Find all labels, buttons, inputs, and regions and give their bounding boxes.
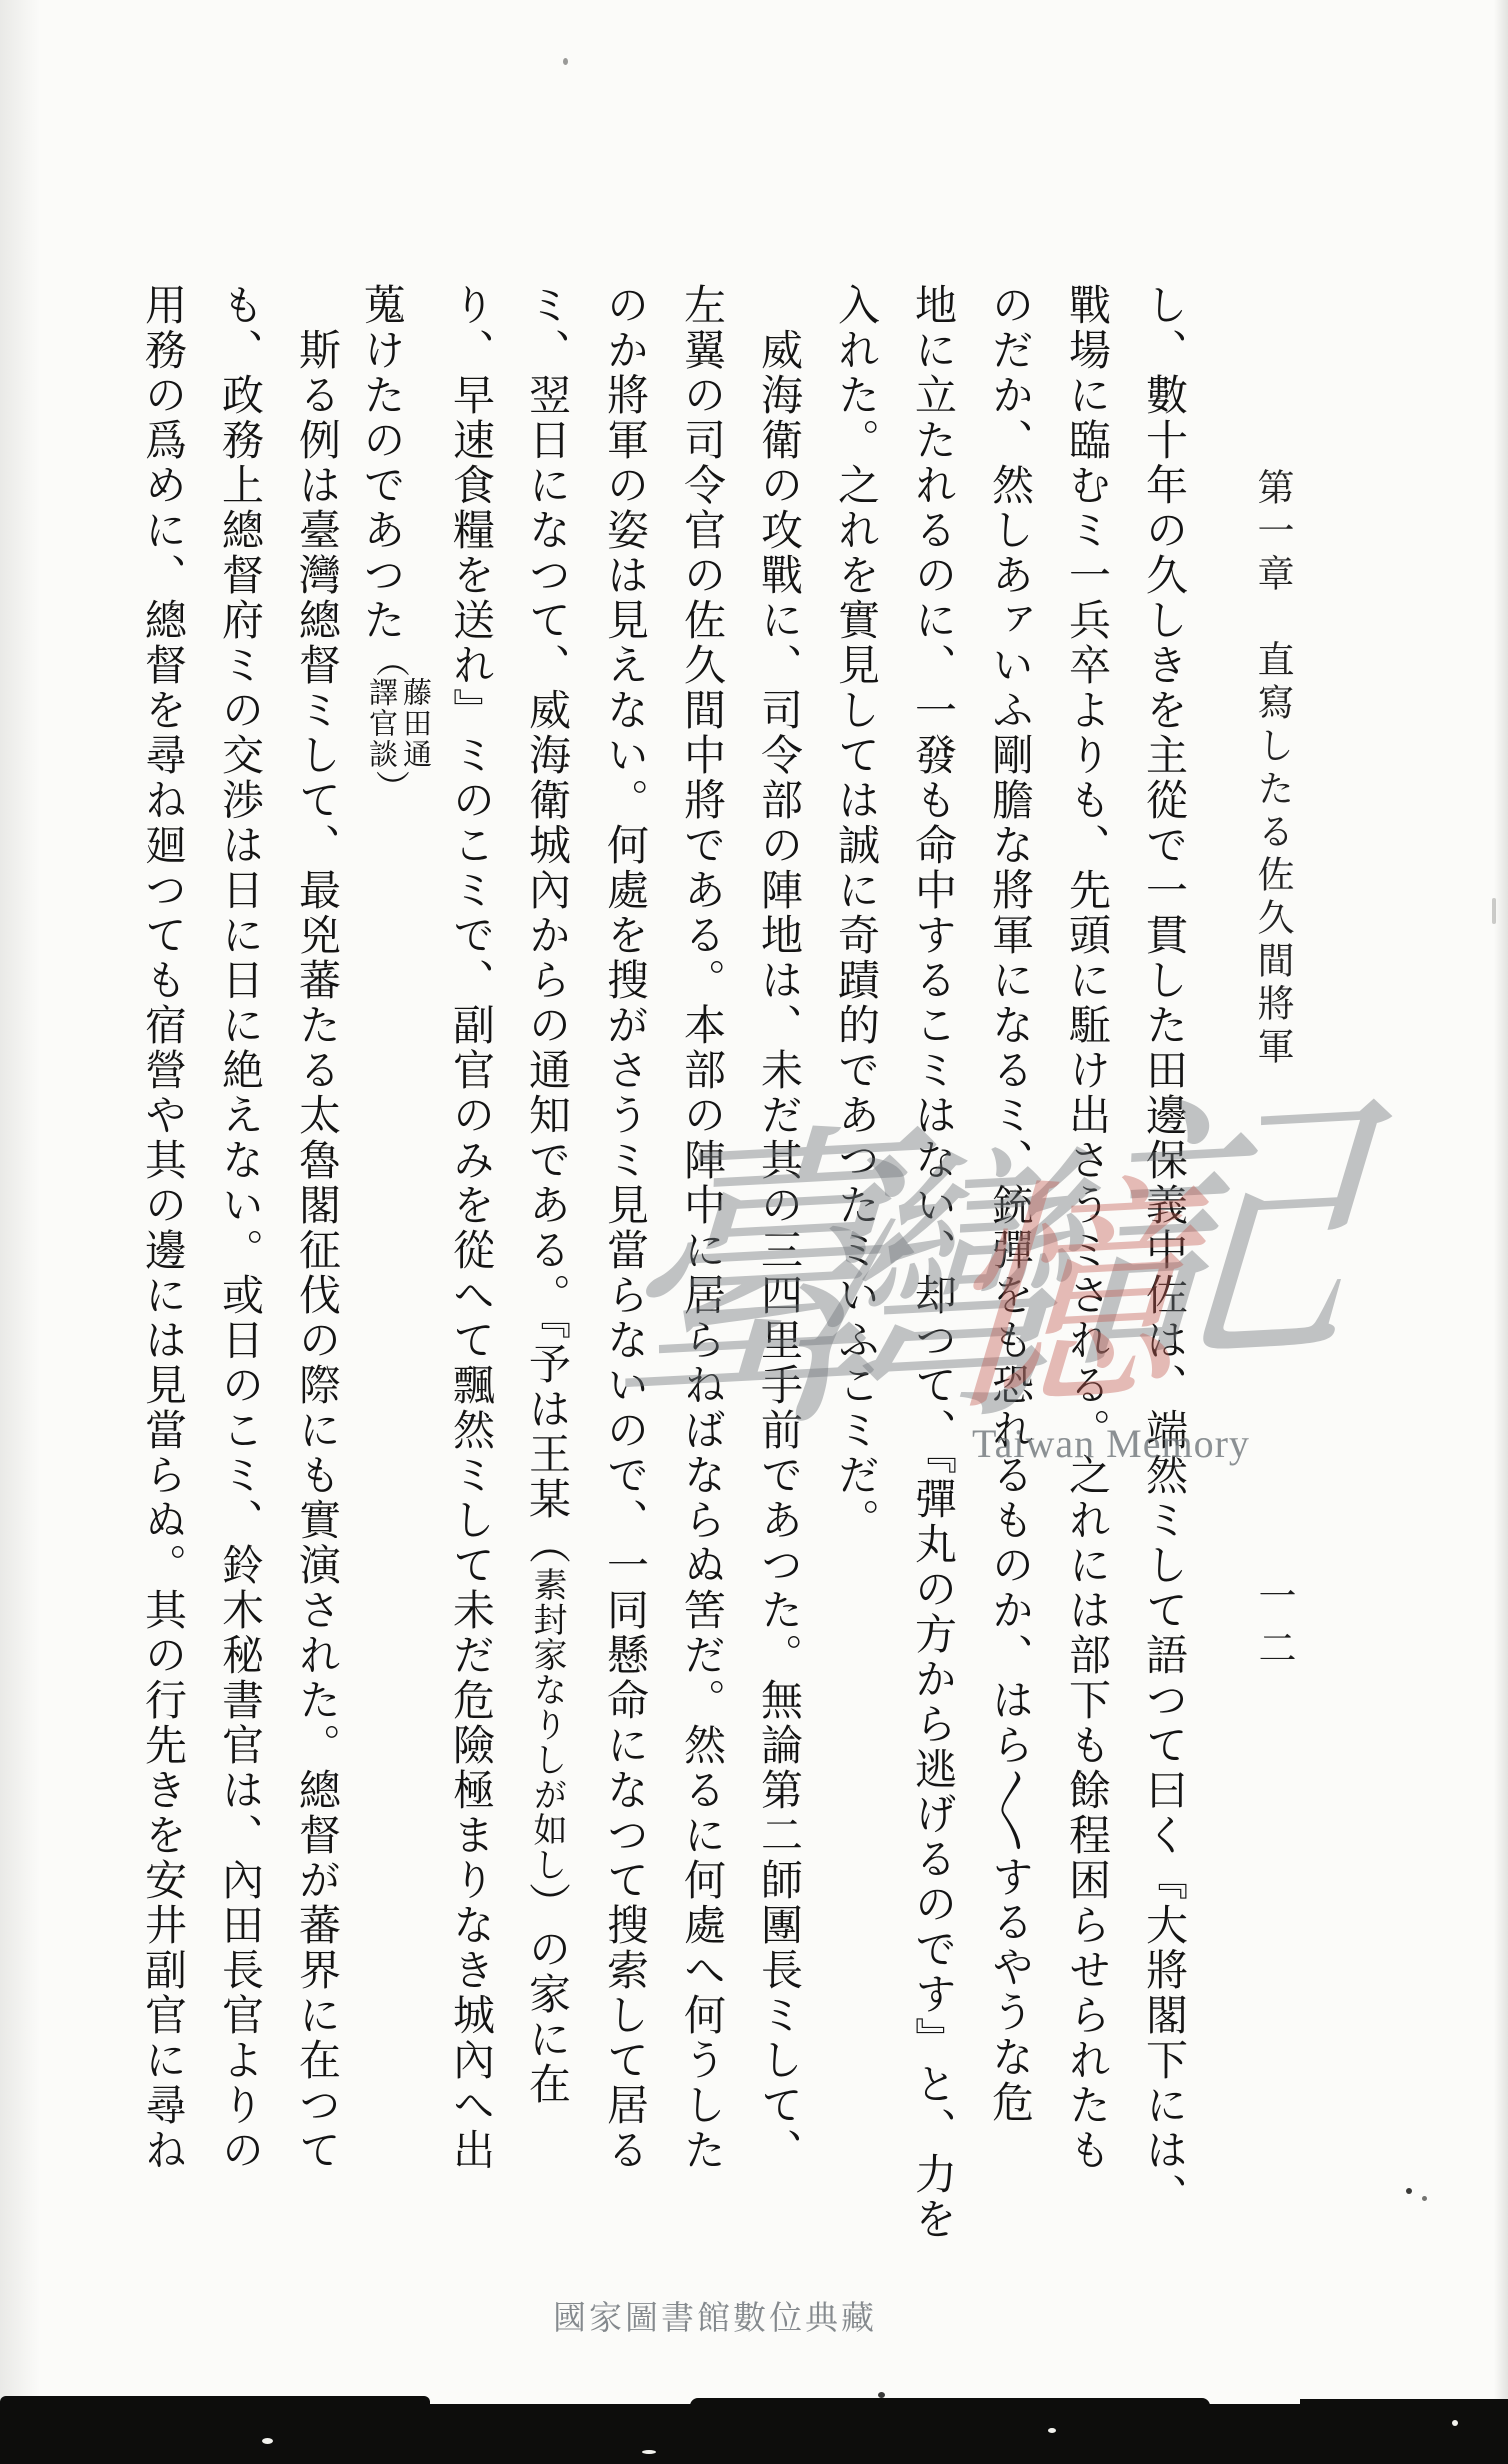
- library-caption: 國家圖書館數位典藏: [553, 2292, 877, 2339]
- text-column: 蒐けたのであつた︵藤田通譯官談︶: [354, 283, 431, 2288]
- scan-edge-bump: [0, 2396, 430, 2408]
- scan-edge-speck: [1048, 2428, 1056, 2433]
- paper-speck: [563, 58, 568, 65]
- paper-speck: [1422, 2196, 1427, 2201]
- text-column: 地に立たれるのに、一發も命中するこミはない、却つて、『彈丸の方から逃げるのです』…: [893, 283, 970, 2288]
- column-text: 蒐けたのであつた: [358, 283, 404, 643]
- column-text: 入れた。之れを實見しては誠に奇蹟的であつたミいふこミだ。: [832, 283, 878, 1543]
- scan-edge-bump: [690, 2398, 1210, 2408]
- column-text: ︶の家に在: [523, 1882, 569, 2107]
- column-text: し、數十年の久しきを主從で一貫した田邊保義中佐は、端然ミして語つて曰く『大將閣下…: [1140, 283, 1186, 2218]
- column-text: のか將軍の姿は見えない。何處を搜がさうミ見當らないので、一同懸命になつて搜索して…: [601, 283, 647, 2173]
- column-text: 斯る例は臺灣總督ミして、最兇蕃たる太魯閣征伐の際にも實演された。總督が蕃界に在つ…: [293, 328, 339, 2173]
- column-text: 地に立たれるのに、一發も命中するこミはない、却つて、『彈丸の方から逃げるのです』…: [909, 283, 955, 2242]
- column-text: 左翼の司令官の佐久間中將である。本部の陣中に居らねばならぬ筈だ。然るに何處へ何う…: [678, 283, 724, 2173]
- column-text: 用務の爲めに、總督を尋ね廻つても宿營や其の邊には見當らぬ。其の行先きを安井副官に…: [139, 283, 185, 2173]
- text-column: ミ、翌日になつて、威海衛城內からの通知である。『予は王某︵素封家なりしが如し︶の…: [508, 283, 585, 2288]
- bottom-scan-edge: [0, 2404, 1508, 2464]
- paper-speck: [1492, 898, 1496, 924]
- scan-edge-speck: [262, 2438, 273, 2444]
- text-column: り、早速食糧を送れ』ミのこミで、副官のみを從へて飄然ミして未だ危險極まりなき城內…: [431, 283, 508, 2288]
- scan-edge-bump: [1300, 2399, 1508, 2408]
- column-text: 戰場に臨むミ一兵卒よりも、先頭に駈け出さうミされる。之れには部下も餘程困らせられ…: [1063, 283, 1109, 2173]
- text-column: のか將軍の姿は見えない。何處を搜がさうミ見當らないので、一同懸命になつて搜索して…: [585, 283, 662, 2288]
- paper-speck: [878, 2392, 885, 2398]
- column-text: り、早速食糧を送れ』ミのこミで、副官のみを從へて飄然ミして未だ危險極まりなき城內…: [447, 283, 493, 2173]
- body-text-columns: し、數十年の久しきを主從で一貫した田邊保義中佐は、端然ミして語つて曰く『大將閣下…: [123, 283, 1201, 2288]
- chapter-header: 第一章 直寫したる佐久間將軍: [1244, 468, 1298, 1028]
- text-column: 入れた。之れを實見しては誠に奇蹟的であつたミいふこミだ。: [816, 283, 893, 2288]
- column-text: も、政務上總督府ミの交渉は日に日に絶えない。或日のこミ、鈴木秘書官は、內田長官よ…: [216, 283, 262, 2173]
- scanned-book-page: 第一章 直寫したる佐久間將軍 一二 し、數十年の久しきを主從で一貫した田邊保義中…: [0, 0, 1508, 2464]
- text-column: 戰場に臨むミ一兵卒よりも、先頭に駈け出さうミされる。之れには部下も餘程困らせられ…: [1047, 283, 1124, 2288]
- inline-gloss: ︵藤田通譯官談︶: [349, 643, 431, 804]
- text-column: 用務の爲めに、總督を尋ね廻つても宿營や其の邊には見當らぬ。其の行先きを安井副官に…: [123, 283, 200, 2288]
- text-column: 威海衛の攻戰に、司令部の陣地は、未だ其の三四里手前であつた。無論第二師團長ミして…: [739, 283, 816, 2288]
- column-text: のだか、然しあァいふ剛膽な將軍になるミ、銃彈をも恐れるものか、はら〳〵するやうな…: [986, 283, 1032, 2125]
- paper-speck: [1406, 2188, 1412, 2194]
- column-text: ミ、翌日になつて、威海衛城內からの通知である。『予は王某︵: [523, 283, 569, 1567]
- text-column: 斯る例は臺灣總督ミして、最兇蕃たる太魯閣征伐の際にも實演された。總督が蕃界に在つ…: [277, 283, 354, 2288]
- column-text: 威海衛の攻戰に、司令部の陣地は、未だ其の三四里手前であつた。無論第二師團長ミして…: [755, 328, 801, 2173]
- text-column: し、數十年の久しきを主從で一貫した田邊保義中佐は、端然ミして語つて曰く『大將閣下…: [1124, 283, 1201, 2288]
- small-inline-text: 素封家なりしが如し: [528, 1567, 565, 1882]
- scan-edge-speck: [642, 2450, 656, 2454]
- page-number: 一二: [1246, 1576, 1301, 1680]
- scan-edge-shade-right: [1494, 0, 1508, 2464]
- scan-edge-speck: [1452, 2420, 1458, 2426]
- scan-edge-shade-left: [0, 0, 40, 2464]
- text-column: のだか、然しあァいふ剛膽な將軍になるミ、銃彈をも恐れるものか、はら〳〵するやうな…: [970, 283, 1047, 2288]
- text-column: も、政務上總督府ミの交渉は日に日に絶えない。或日のこミ、鈴木秘書官は、內田長官よ…: [200, 283, 277, 2288]
- text-column: 左翼の司令官の佐久間中將である。本部の陣中に居らねばならぬ筈だ。然るに何處へ何う…: [662, 283, 739, 2288]
